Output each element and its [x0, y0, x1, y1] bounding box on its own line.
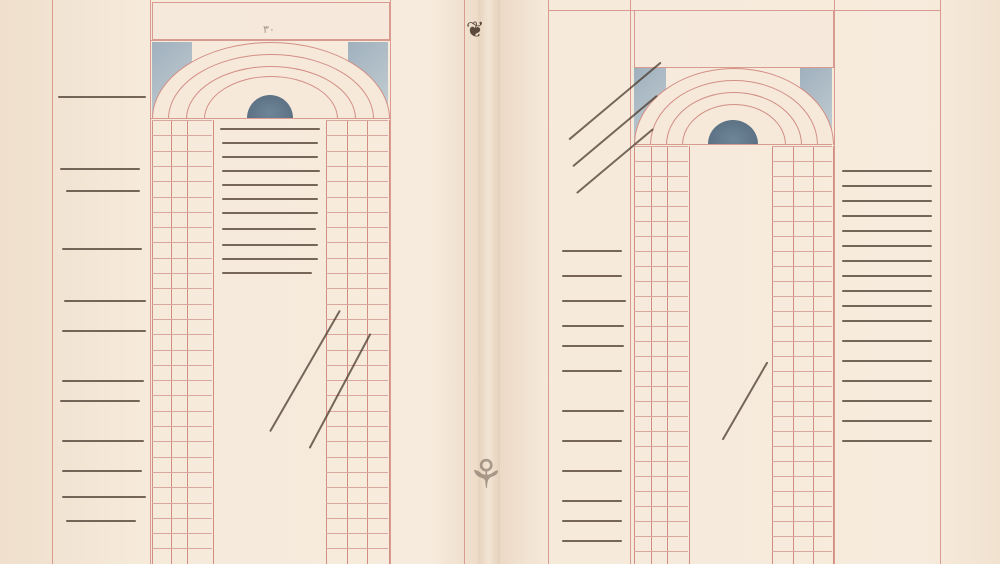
- table-row-rule: [634, 416, 688, 417]
- table-row-rule: [634, 146, 688, 147]
- table-row-rule: [326, 411, 388, 412]
- table-row-rule: [326, 487, 388, 488]
- table-row-rule: [772, 191, 832, 192]
- handwritten-script: [562, 300, 626, 302]
- handwritten-script: [842, 245, 932, 247]
- table-row-rule: [634, 191, 688, 192]
- table-row-rule: [634, 386, 688, 387]
- table-row-rule: [634, 476, 688, 477]
- table-row-rule: [326, 212, 388, 213]
- table-row-rule: [326, 380, 388, 381]
- margin-rule: [940, 0, 941, 564]
- handwritten-script: [222, 212, 318, 214]
- handwritten-script: [62, 248, 142, 250]
- table-row-rule: [152, 365, 212, 366]
- table-row-rule: [326, 242, 388, 243]
- table-row-rule: [152, 120, 212, 121]
- handwritten-script: [842, 320, 932, 322]
- handwritten-script: [222, 184, 318, 186]
- table-row-rule: [634, 551, 688, 552]
- table-row-rule: [772, 311, 832, 312]
- table-row-rule: [772, 551, 832, 552]
- table-row-rule: [772, 431, 832, 432]
- table-row-rule: [772, 146, 832, 147]
- table-row-rule: [326, 472, 388, 473]
- table-row-rule: [152, 533, 212, 534]
- handwritten-script: [222, 244, 318, 246]
- handwritten-script: [62, 440, 144, 442]
- table-row-rule: [634, 536, 688, 537]
- table-row-rule: [326, 135, 388, 136]
- handwritten-script: [62, 496, 146, 498]
- handwritten-script: [842, 440, 932, 442]
- table-row-rule: [772, 491, 832, 492]
- handwritten-script: [562, 410, 624, 412]
- table-row-rule: [634, 236, 688, 237]
- table-row-rule: [772, 266, 832, 267]
- table-row-rule: [326, 365, 388, 366]
- handwritten-script: [842, 170, 932, 172]
- table-row-rule: [152, 334, 212, 335]
- right-number-table: [634, 146, 689, 564]
- table-row-rule: [152, 487, 212, 488]
- table-row-rule: [152, 380, 212, 381]
- table-row-rule: [634, 521, 688, 522]
- table-row-rule: [634, 221, 688, 222]
- handwritten-script: [58, 96, 146, 98]
- handwritten-script: [842, 360, 932, 362]
- table-row-rule: [634, 371, 688, 372]
- table-row-rule: [326, 227, 388, 228]
- table-row-rule: [152, 441, 212, 442]
- table-row-rule: [326, 334, 388, 335]
- table-row-rule: [772, 401, 832, 402]
- table-row-rule: [326, 181, 388, 182]
- table-row-rule: [152, 166, 212, 167]
- handwritten-script: [842, 380, 932, 382]
- handwritten-script: [222, 170, 320, 172]
- handwritten-script: [222, 258, 318, 260]
- table-row-rule: [152, 288, 212, 289]
- margin-rule: [52, 0, 53, 564]
- table-row-rule: [634, 356, 688, 357]
- handwritten-script: [222, 198, 318, 200]
- table-row-rule: [326, 197, 388, 198]
- table-row-rule: [634, 491, 688, 492]
- handwritten-script: [562, 470, 622, 472]
- table-row-rule: [326, 503, 388, 504]
- table-row-rule: [772, 461, 832, 462]
- table-row-rule: [634, 176, 688, 177]
- margin-rule: [464, 0, 465, 564]
- frame-rule: [834, 0, 835, 564]
- handwritten-script: [562, 440, 622, 442]
- table-row-rule: [772, 176, 832, 177]
- table-row-rule: [152, 135, 212, 136]
- table-row-rule: [772, 251, 832, 252]
- table-row-rule: [772, 341, 832, 342]
- arch-base-rule: [150, 118, 390, 119]
- table-row-rule: [152, 227, 212, 228]
- table-row-rule: [326, 288, 388, 289]
- table-row-rule: [152, 212, 212, 213]
- handwritten-script: [562, 370, 622, 372]
- left-number-table: [152, 120, 213, 564]
- table-row-rule: [152, 426, 212, 427]
- handwritten-script: [562, 500, 622, 502]
- table-row-rule: [152, 457, 212, 458]
- handwritten-script: [562, 540, 622, 542]
- handwritten-script: [842, 290, 932, 292]
- handwritten-script: [62, 470, 142, 472]
- table-row-rule: [152, 197, 212, 198]
- table-row-rule: [772, 416, 832, 417]
- handwritten-script: [66, 520, 136, 522]
- table-row-rule: [326, 441, 388, 442]
- table-row-rule: [772, 161, 832, 162]
- table-row-rule: [634, 341, 688, 342]
- table-row-rule: [152, 350, 212, 351]
- table-row-rule: [634, 281, 688, 282]
- table-row-rule: [326, 258, 388, 259]
- table-row-rule: [152, 151, 212, 152]
- table-row-rule: [152, 518, 212, 519]
- table-row-rule: [772, 521, 832, 522]
- table-row-rule: [634, 326, 688, 327]
- table-row-rule: [634, 161, 688, 162]
- table-row-rule: [326, 518, 388, 519]
- table-row-rule: [772, 446, 832, 447]
- arch-base-rule: [634, 144, 832, 145]
- table-row-rule: [152, 319, 212, 320]
- handwritten-script: [842, 400, 932, 402]
- table-row-rule: [152, 503, 212, 504]
- handwritten-script: [222, 156, 318, 158]
- table-row-rule: [772, 536, 832, 537]
- table-row-rule: [772, 281, 832, 282]
- handwritten-script: [842, 305, 932, 307]
- handwritten-script: [842, 340, 932, 342]
- table-row-rule: [634, 401, 688, 402]
- left-title-box: ٣٠: [152, 2, 390, 40]
- handwritten-script: [842, 185, 932, 187]
- handwritten-script: [60, 400, 140, 402]
- table-row-rule: [772, 206, 832, 207]
- right-symbol-table: [772, 146, 833, 564]
- handwritten-script: [222, 272, 312, 274]
- table-row-rule: [772, 221, 832, 222]
- table-row-rule: [634, 311, 688, 312]
- table-row-rule: [634, 446, 688, 447]
- left-header-label: ٣٠: [263, 23, 275, 36]
- top-ornament: ❦: [466, 18, 484, 43]
- table-row-rule: [152, 472, 212, 473]
- left-symbol-table: [326, 120, 389, 564]
- right-title-box: [634, 10, 834, 68]
- table-row-rule: [326, 304, 388, 305]
- table-row-rule: [634, 461, 688, 462]
- table-row-rule: [326, 548, 388, 549]
- handwritten-script: [222, 142, 318, 144]
- table-row-rule: [634, 506, 688, 507]
- table-row-rule: [772, 326, 832, 327]
- handwritten-script: [64, 300, 146, 302]
- handwritten-script: [842, 260, 932, 262]
- table-row-rule: [772, 386, 832, 387]
- table-row-rule: [152, 395, 212, 396]
- handwritten-script: [562, 325, 624, 327]
- table-row-rule: [152, 181, 212, 182]
- table-row-rule: [152, 242, 212, 243]
- table-row-rule: [772, 236, 832, 237]
- table-row-rule: [152, 304, 212, 305]
- handwritten-script: [562, 250, 622, 252]
- handwritten-script: [562, 275, 622, 277]
- handwritten-script: [62, 380, 144, 382]
- table-row-rule: [634, 296, 688, 297]
- table-row-rule: [326, 273, 388, 274]
- handwritten-script: [842, 230, 932, 232]
- frame-rule: [150, 0, 151, 564]
- frame-rule: [390, 0, 391, 564]
- table-row-rule: [326, 166, 388, 167]
- table-row-rule: [772, 371, 832, 372]
- table-row-rule: [634, 251, 688, 252]
- table-row-rule: [152, 273, 212, 274]
- handwritten-script: [562, 520, 622, 522]
- table-row-rule: [772, 476, 832, 477]
- table-row-rule: [634, 266, 688, 267]
- handwritten-script: [842, 420, 932, 422]
- table-row-rule: [326, 350, 388, 351]
- table-row-rule: [326, 120, 388, 121]
- table-row-rule: [634, 431, 688, 432]
- table-row-rule: [634, 206, 688, 207]
- handwritten-script: [66, 190, 140, 192]
- handwritten-script: [222, 228, 316, 230]
- table-row-rule: [326, 151, 388, 152]
- handwritten-script: [62, 330, 146, 332]
- handwritten-script: [220, 128, 320, 130]
- table-row-rule: [152, 548, 212, 549]
- bottom-ornament: ⚘: [468, 452, 504, 498]
- table-row-rule: [326, 457, 388, 458]
- margin-rule: [548, 0, 549, 564]
- handwritten-script: [562, 345, 624, 347]
- table-row-rule: [152, 258, 212, 259]
- frame-rule: [150, 40, 390, 41]
- handwritten-script: [842, 215, 932, 217]
- table-row-rule: [326, 533, 388, 534]
- handwritten-script: [60, 168, 140, 170]
- table-row-rule: [772, 296, 832, 297]
- table-row-rule: [772, 506, 832, 507]
- table-row-rule: [326, 426, 388, 427]
- handwritten-script: [842, 200, 932, 202]
- table-row-rule: [772, 356, 832, 357]
- table-row-rule: [152, 411, 212, 412]
- handwritten-script: [842, 275, 932, 277]
